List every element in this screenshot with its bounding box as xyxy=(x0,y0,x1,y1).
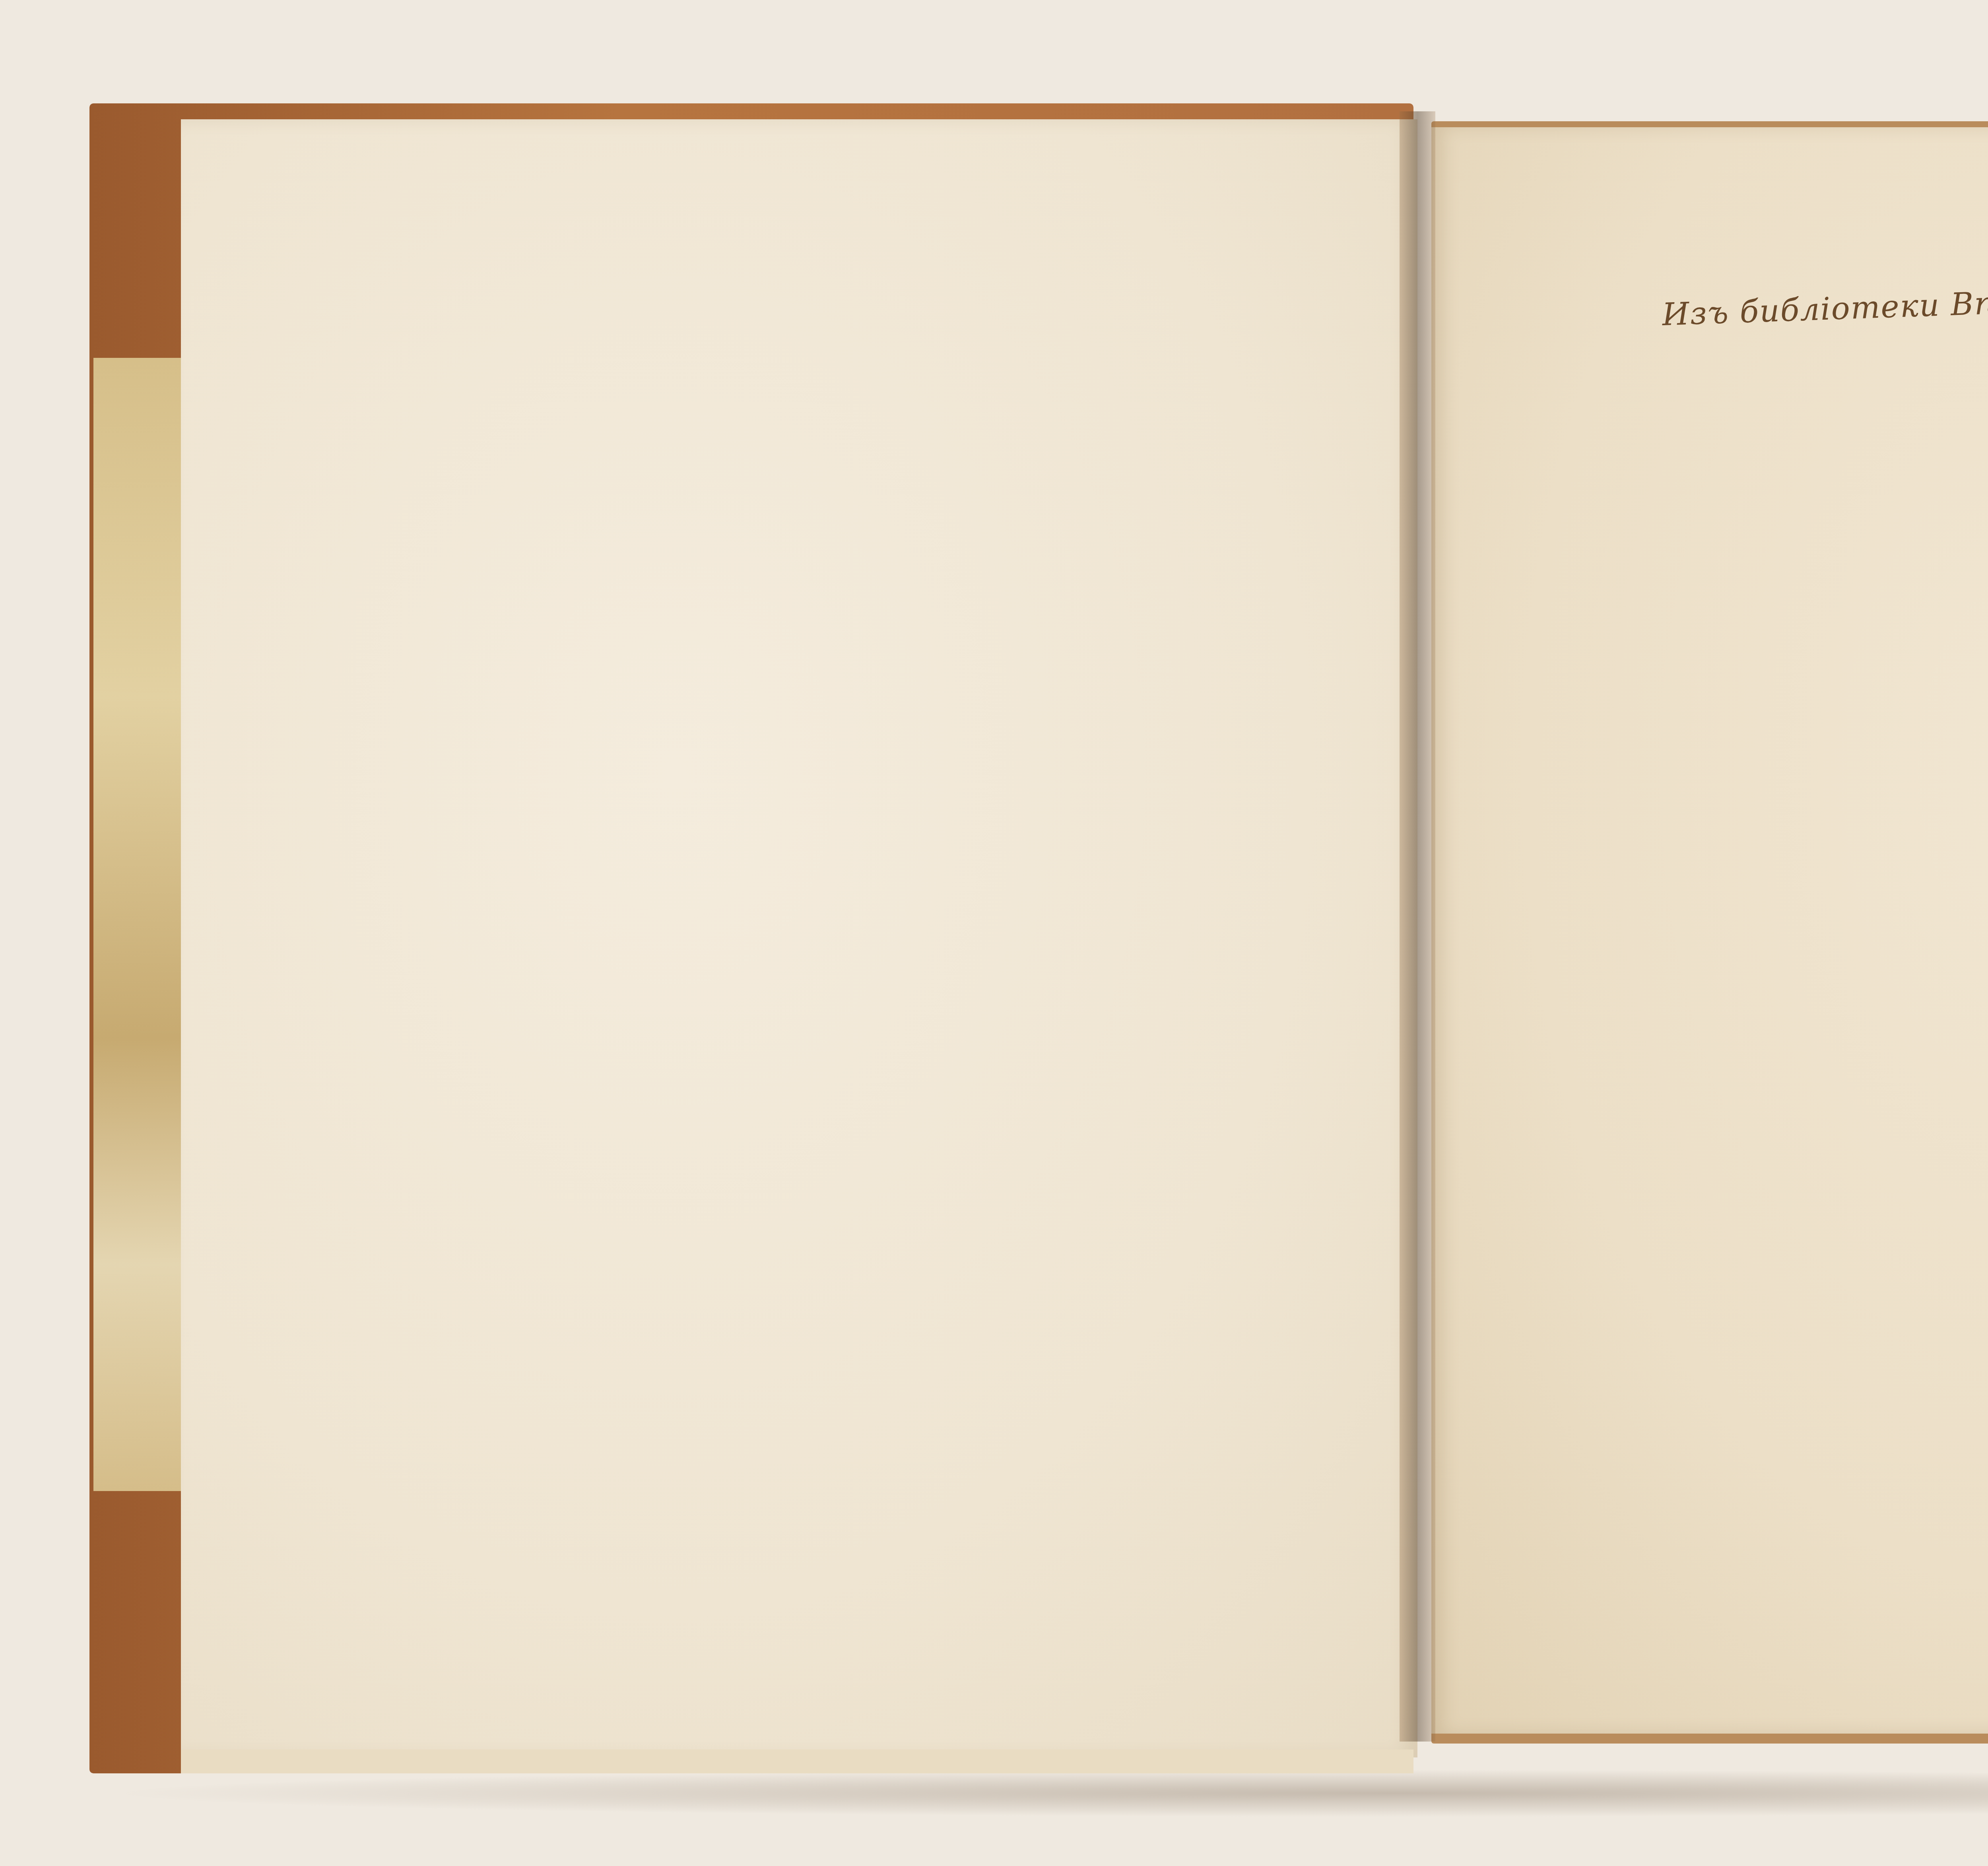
left-page-bottom-edge xyxy=(181,1749,1413,1773)
right-page xyxy=(1431,127,1988,1734)
spine-paper-strip xyxy=(93,358,181,1491)
left-blank-page xyxy=(181,119,1417,1757)
book-gutter xyxy=(1400,111,1435,1742)
open-book: Изъ библіотеки Вѣнскаго училища 1363 xyxy=(0,0,1988,1866)
